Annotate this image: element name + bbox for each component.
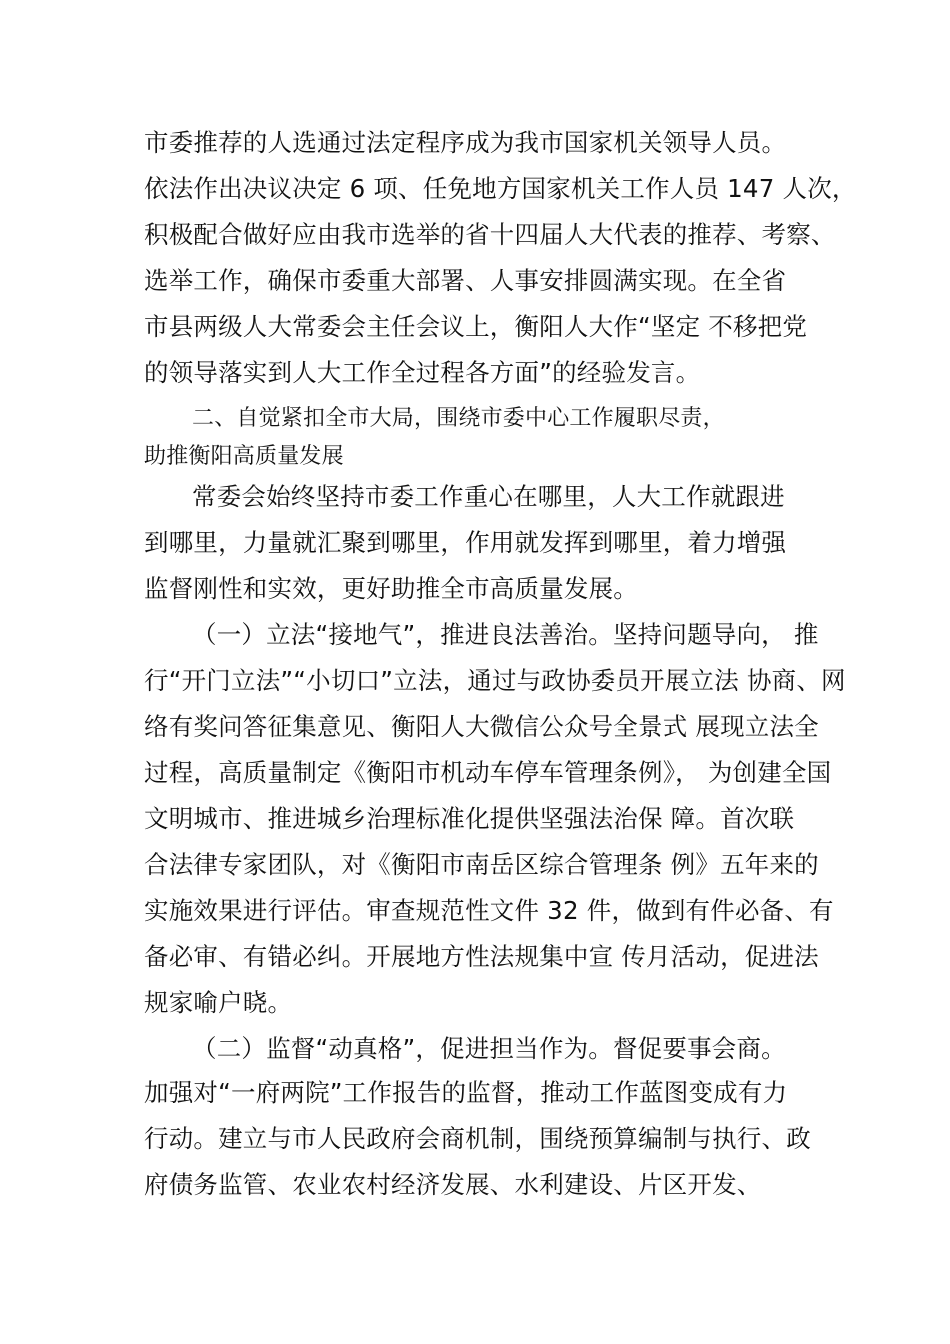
text-line: 选举工作，确保市委重大部署、人事安排圆满实现。在全省 — [144, 266, 786, 296]
text-line: 积极配合做好应由我市选举的省十四届人大代表的推荐、考察、 — [144, 220, 836, 250]
paragraph-start: 常委会始终坚持市委工作重心在哪里，人大工作就跟进 — [192, 482, 785, 512]
section-heading-continued: 助推衡阳高质量发展 — [144, 442, 344, 472]
text-line: 行动。建立与市人民政府会商机制，围绕预算编制与执行、政 — [144, 1124, 811, 1154]
text-line: 络有奖问答征集意见、衡阳人大微信公众号全景式 展现立法全 — [144, 712, 819, 742]
text-line: 实施效果进行评估。审查规范性文件 32 件，做到有件必备、有 — [144, 896, 834, 926]
subsection-two-start: （二）监督“动真格”，促进担当作为。督促要事会商。 — [192, 1034, 786, 1064]
section-heading: 二、自觉紧扣全市大局，围绕市委中心工作履职尽责， — [192, 404, 725, 434]
text-line: 规家喻户晓。 — [144, 988, 292, 1018]
text-line: 依法作出决议决定 6 项、任免地方国家机关工作人员 147 人次， — [144, 174, 857, 204]
text-line: 过程，高质量制定《衡阳市机动车停车管理条例》， 为创建全国 — [144, 758, 831, 788]
text-line: 文明城市、推进城乡治理标准化提供坚强法治保 障。首次联 — [144, 804, 794, 834]
text-line: 到哪里，力量就汇聚到哪里，作用就发挥到哪里，着力增强 — [144, 528, 786, 558]
text-line: 备必审、有错必纠。开展地方性法规集中宣 传月活动，促进法 — [144, 942, 819, 972]
text-line: 加强对“一府两院”工作报告的监督，推动工作蓝图变成有力 — [144, 1078, 787, 1108]
text-line: 监督刚性和实效，更好助推全市高质量发展。 — [144, 574, 638, 604]
text-line: 合法律专家团队，对《衡阳市南岳区综合管理条 例》五年来的 — [144, 850, 819, 880]
text-line: 市县两级人大常委会主任会议上，衡阳人大作“坚定 不移把党 — [144, 312, 807, 342]
document-page: 市委推荐的人选通过法定程序成为我市国家机关领导人员。 依法作出决议决定 6 项、… — [0, 0, 950, 1344]
text-line: 行“开门立法”“小切口”立法，通过与政协委员开展立法 协商、网 — [144, 666, 846, 696]
text-line: 的领导落实到人大工作全过程各方面”的经验发言。 — [144, 358, 700, 388]
text-line: 市委推荐的人选通过法定程序成为我市国家机关领导人员。 — [144, 128, 786, 158]
text-line: 府债务监管、农业农村经济发展、水利建设、片区开发、 — [144, 1170, 762, 1200]
subsection-one-start: （一）立法“接地气”，推进良法善治。坚持问题导向， 推 — [192, 620, 819, 650]
